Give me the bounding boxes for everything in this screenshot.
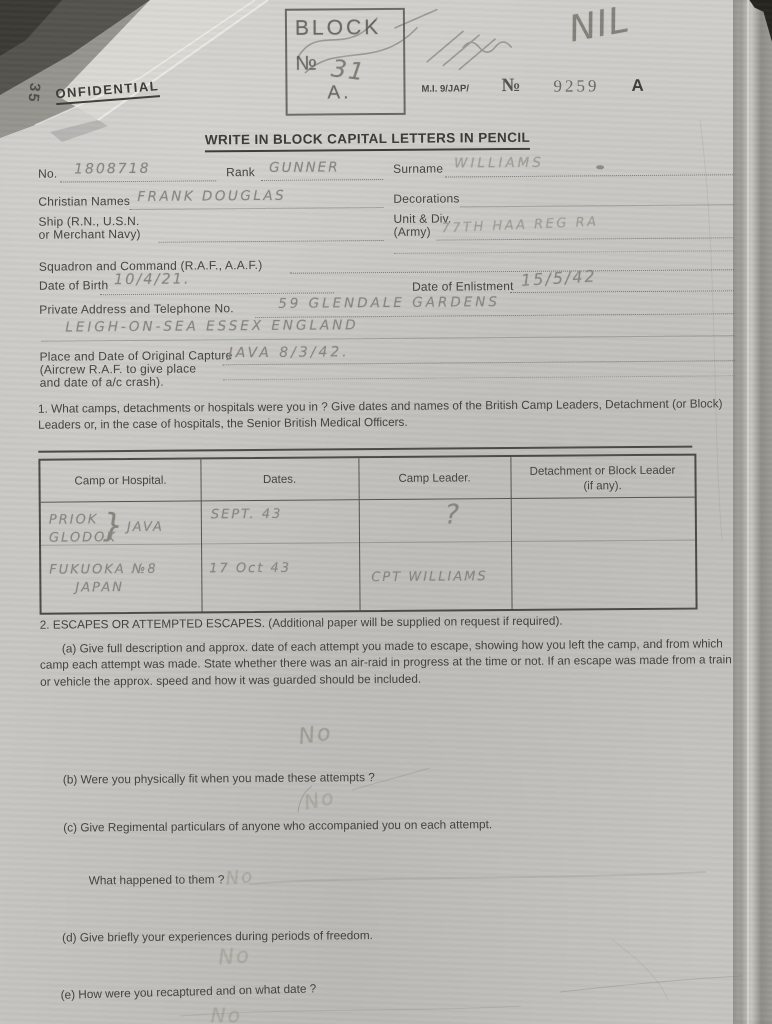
scanned-pow-questionnaire: 35 ONFIDENTIAL BLOCK № 31 A. NIL M.I. 9/… — [0, 0, 772, 1024]
crease-artifacts — [0, 0, 772, 1024]
